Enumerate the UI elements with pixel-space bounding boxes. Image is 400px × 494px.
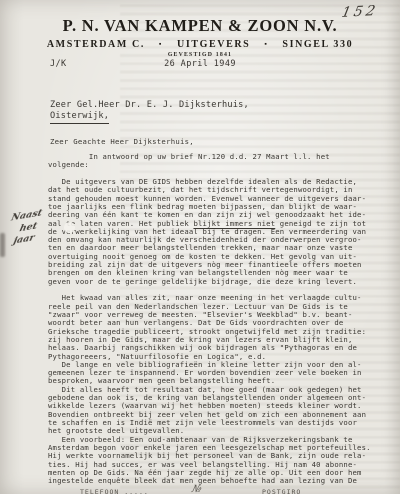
body-line: volgende: bbox=[48, 161, 368, 169]
recipient-name: Zeer Gel.Heer Dr. E. J. Dijksterhuis, bbox=[50, 100, 249, 111]
footer-telefoon: TELEFOON ..... bbox=[80, 488, 149, 494]
letterhead-subline: AMSTERDAM C.▪UITGEVERS▪SINGEL 330 bbox=[0, 39, 400, 50]
body-line: geven voor de te geringe geldelijke bijd… bbox=[48, 278, 368, 286]
letterhead: P. N. VAN KAMPEN & ZOON N.V. AMSTERDAM C… bbox=[0, 16, 400, 58]
footer-handwritten-no: № bbox=[191, 484, 204, 494]
footer-postgiro: POSTGIRO bbox=[262, 488, 301, 494]
reference-date-row: J/K 26 April 1949 bbox=[0, 59, 400, 69]
footer-row: TELEFOON ..... № POSTGIRO bbox=[0, 487, 400, 494]
letter-page: 152 P. N. VAN KAMPEN & ZOON N.V. AMSTERD… bbox=[0, 0, 400, 494]
body-line: ingestelde enquête bleek dat men geen be… bbox=[48, 477, 368, 485]
margin-word: jaar bbox=[12, 233, 35, 246]
ink-smudge bbox=[0, 233, 5, 257]
separator-diamond-icon: ▪ bbox=[264, 40, 268, 48]
letterhead-city: AMSTERDAM C. bbox=[47, 39, 145, 50]
letterhead-street: SINGEL 330 bbox=[282, 39, 353, 50]
established-line: GEVESTIGD 1841 bbox=[0, 52, 400, 58]
letterhead-role: UITGEVERS bbox=[177, 39, 250, 50]
recipient-city: Oisterwijk, bbox=[50, 111, 109, 124]
recipient-block: Zeer Gel.Heer Dr. E. J. Dijksterhuis, Oi… bbox=[50, 100, 249, 124]
company-name: P. N. VAN KAMPEN & ZOON N.V. bbox=[0, 16, 400, 36]
salutation: Zeer Geachte Heer Dijksterhuis, bbox=[50, 137, 194, 146]
separator-diamond-icon: ▪ bbox=[159, 40, 163, 48]
body-line: In antwoord op uw brief Nr.120 d.d. 27 M… bbox=[48, 153, 368, 161]
letter-body: In antwoord op uw brief Nr.120 d.d. 27 M… bbox=[48, 153, 368, 486]
reference-code: J/K bbox=[50, 59, 67, 69]
paper-spot bbox=[64, 222, 75, 233]
